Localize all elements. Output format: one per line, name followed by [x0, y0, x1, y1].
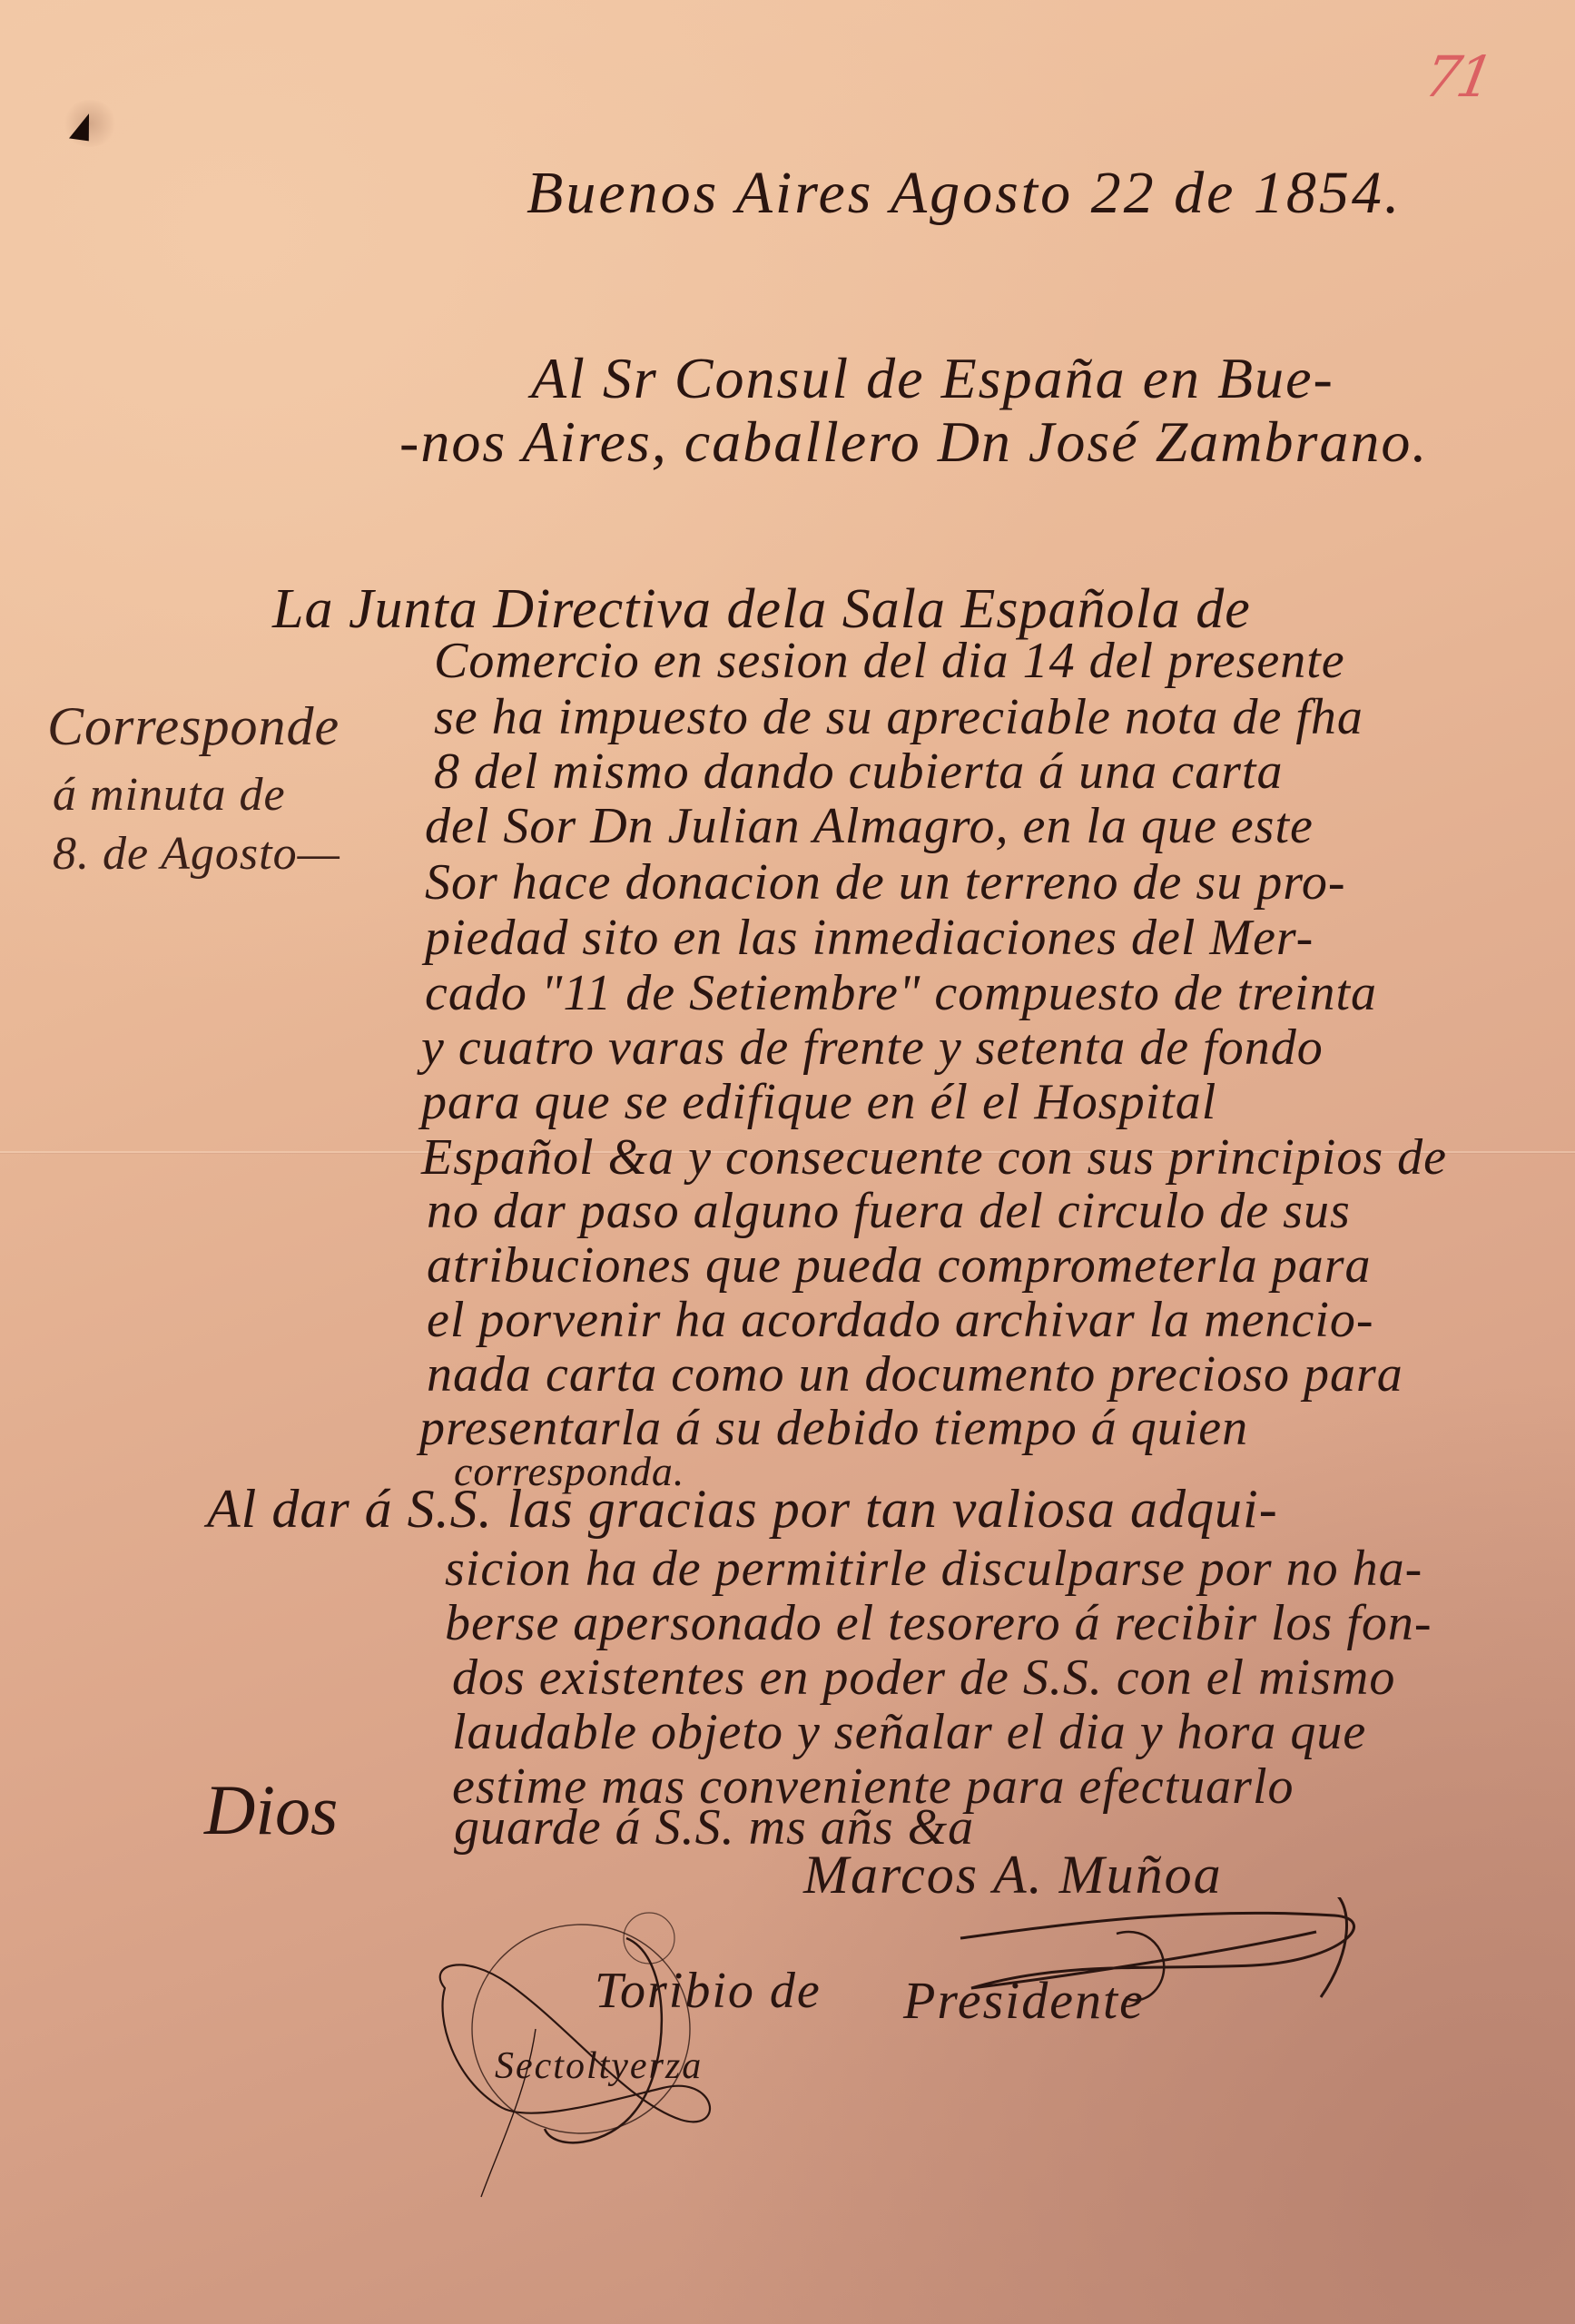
body-line: laudable objeto y señalar el dia y hora … — [452, 1707, 1366, 1758]
body-line: nada carta como un documento precioso pa… — [427, 1349, 1403, 1400]
addressee-line-1: Al Sr Consul de España en Bue- — [531, 350, 1334, 408]
body-line: del Sor Dn Julian Almagro, en la que est… — [425, 801, 1314, 852]
body-line: atribuciones que pueda comprometerla par… — [427, 1240, 1372, 1291]
body-line: no dar paso alguno fuera del circulo de … — [427, 1186, 1351, 1236]
president-title: Presidente — [903, 1974, 1145, 2027]
margin-note-line-3: 8. de Agosto— — [53, 831, 340, 878]
body-line: berse apersonado el tesorero á recibir l… — [445, 1598, 1432, 1649]
closing-dios: Dios — [204, 1775, 338, 1846]
body-line: La Junta Directiva dela Sala Española de — [272, 581, 1251, 637]
body-line: 8 del mismo dando cubierta á una carta — [434, 746, 1283, 797]
body-line: y cuatro varas de frente y setenta de fo… — [421, 1022, 1324, 1073]
body-line: Al dar á S.S. las gracias por tan valios… — [207, 1482, 1278, 1536]
margin-note-line-2: á minuta de — [53, 772, 286, 819]
body-line: Sor hace donacion de un terreno de su pr… — [425, 857, 1346, 908]
paper-hole-icon — [69, 112, 93, 142]
body-line: sicion ha de permitirle disculparse por … — [445, 1543, 1422, 1594]
addressee-line-2: -nos Aires, caballero Dn José Zambrano. — [399, 413, 1428, 471]
body-line: para que se edifique en él el Hospital — [421, 1077, 1216, 1128]
body-line: Comercio en sesion del dia 14 del presen… — [434, 635, 1345, 686]
body-line: se ha impuesto de su apreciable nota de … — [434, 692, 1363, 743]
margin-note-line-1: Corresponde — [47, 699, 340, 753]
body-line: piedad sito en las inmediaciones del Mer… — [425, 912, 1314, 963]
body-line: el porvenir ha acordado archivar la menc… — [427, 1295, 1374, 1345]
manuscript-page: 71 Buenos Aires Agosto 22 de 1854. Al Sr… — [0, 0, 1575, 2324]
body-line: cado "11 de Setiembre" compuesto de trei… — [425, 968, 1377, 1019]
body-line: dos existentes en poder de S.S. con el m… — [452, 1652, 1395, 1703]
body-line: presentarla á su debido tiempo á quien — [419, 1403, 1248, 1453]
dateline: Buenos Aires Agosto 22 de 1854. — [527, 163, 1402, 223]
folio-number: 71 — [1420, 44, 1496, 110]
body-line: Español &a y consecuente con sus princip… — [421, 1132, 1447, 1183]
president-signature: Marcos A. Muñoa — [803, 1847, 1223, 1902]
secretary-rubric-icon — [427, 1902, 753, 2201]
